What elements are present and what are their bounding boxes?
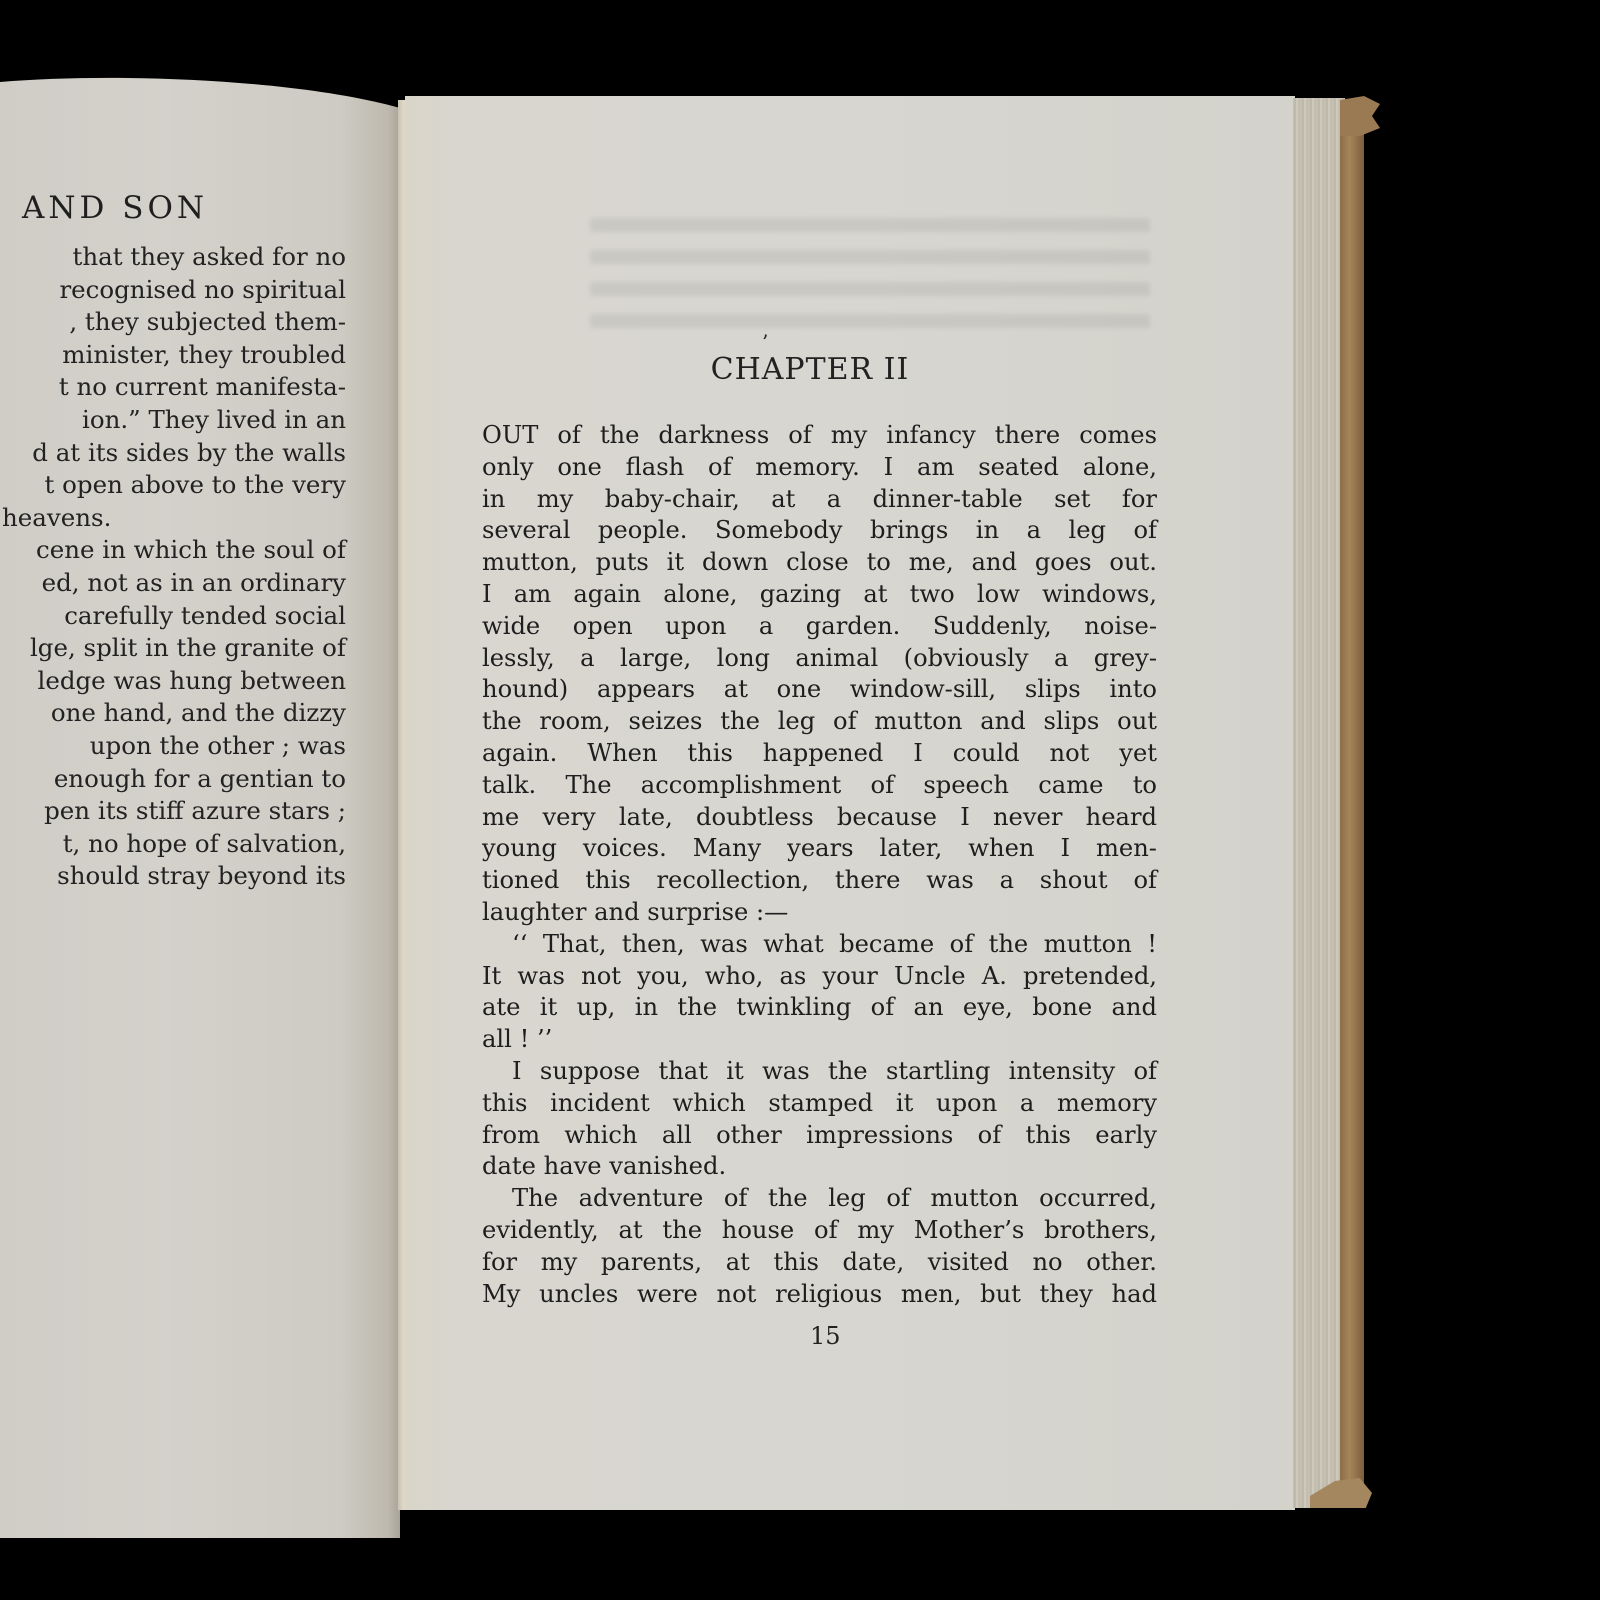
text-line: should stray beyond its (0, 860, 346, 893)
cover-corner-top (1340, 96, 1380, 136)
text-line: the room, seizes the leg of mutton and s… (482, 706, 1157, 738)
text-line: evidently, at the house of my Mother’s b… (482, 1215, 1157, 1247)
text-line: from which all other impressions of this… (482, 1120, 1157, 1152)
text-line: laughter and surprise :— (482, 897, 1157, 929)
text-line: carefully tended social (0, 600, 346, 633)
text-line: tioned this recollection, there was a sh… (482, 865, 1157, 897)
text-line: for my parents, at this date, visited no… (482, 1247, 1157, 1279)
text-line: upon the other ; was (0, 730, 346, 763)
text-line: OUT of the darkness of my infancy there … (482, 420, 1157, 452)
text-line: lge, split in the granite of (0, 632, 346, 665)
text-line: all ! ’’ (482, 1024, 1157, 1056)
text-line: me very late, doubtless because I never … (482, 802, 1157, 834)
text-line: ‘‘ That, then, was what became of the mu… (482, 929, 1157, 961)
ink-mark: ’ (762, 330, 768, 354)
text-line: again. When this happened I could not ye… (482, 738, 1157, 770)
text-line: heavens. (0, 502, 346, 535)
page-number: 15 (810, 1322, 841, 1350)
chapter-title: CHAPTER II (0, 352, 1600, 387)
text-line: t, no hope of salvation, (0, 828, 346, 861)
text-line: The adventure of the leg of mutton occur… (482, 1183, 1157, 1215)
text-line: this incident which stamped it upon a me… (482, 1088, 1157, 1120)
text-line: d at its sides by the walls (0, 437, 346, 470)
show-through-text (590, 218, 1150, 338)
text-line: talk. The accomplishment of speech came … (482, 770, 1157, 802)
text-line: I am again alone, gazing at two low wind… (482, 579, 1157, 611)
text-line: My uncles were not religious men, but th… (482, 1279, 1157, 1311)
text-line: cene in which the soul of (0, 534, 346, 567)
text-line: , they subjected them- (0, 306, 346, 339)
text-line: ion.” They lived in an (0, 404, 346, 437)
text-line: I suppose that it was the startling inte… (482, 1056, 1157, 1088)
text-line: recognised no spiritual (0, 274, 346, 307)
left-running-head: AND SON (22, 190, 208, 226)
cover-board-edge (1340, 100, 1364, 1500)
page-block-edges (1293, 98, 1345, 1508)
book-photo: AND SON that they asked for no recognise… (0, 0, 1600, 1600)
right-page-text: OUT of the darkness of my infancy there … (482, 420, 1157, 1310)
text-line: several people. Somebody brings in a leg… (482, 515, 1157, 547)
text-line: lessly, a large, long animal (obviously … (482, 643, 1157, 675)
text-line: enough for a gentian to (0, 763, 346, 796)
text-line: pen its stiff azure stars ; (0, 795, 346, 828)
text-line: young voices. Many years later, when I m… (482, 833, 1157, 865)
text-line: in my baby-chair, at a dinner-table set … (482, 484, 1157, 516)
text-line: that they asked for no (0, 241, 346, 274)
text-line: one hand, and the dizzy (0, 697, 346, 730)
left-page-text: that they asked for no recognised no spi… (0, 241, 346, 893)
text-line: ate it up, in the twinkling of an eye, b… (482, 992, 1157, 1024)
text-line: only one flash of memory. I am seated al… (482, 452, 1157, 484)
text-line: mutton, puts it down close to me, and go… (482, 547, 1157, 579)
text-line: ed, not as in an ordinary (0, 567, 346, 600)
text-line: t open above to the very (0, 469, 346, 502)
text-line: ledge was hung between (0, 665, 346, 698)
text-line: wide open upon a garden. Suddenly, noise… (482, 611, 1157, 643)
text-line: date have vanished. (482, 1151, 1157, 1183)
text-line: hound) appears at one window-sill, slips… (482, 674, 1157, 706)
text-line: It was not you, who, as your Uncle A. pr… (482, 961, 1157, 993)
